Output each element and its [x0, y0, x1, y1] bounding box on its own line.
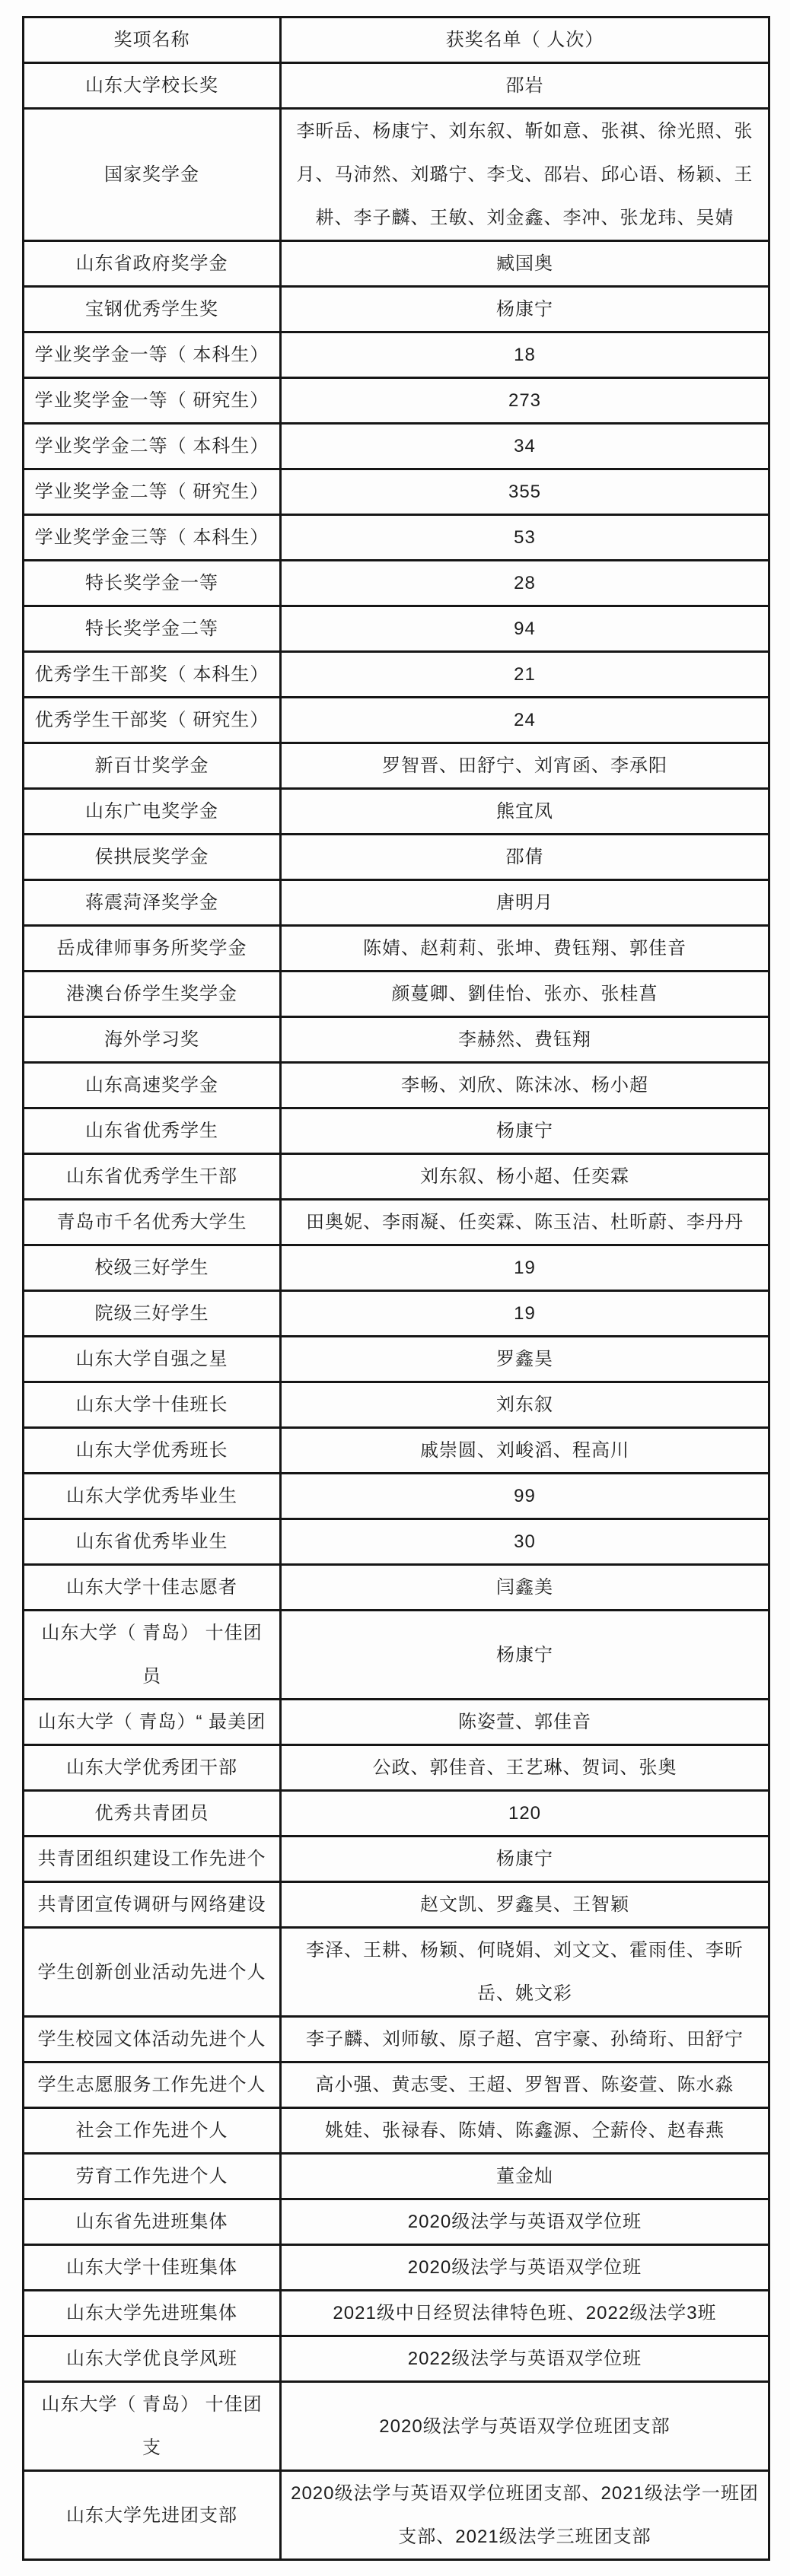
- award-name-cell: 共青团宣传调研与网络建设: [24, 1882, 281, 1928]
- winners-cell: 2021级中日经贸法律特色班、2022级法学3班: [281, 2291, 769, 2336]
- table-row: 特长奖学金二等 94: [24, 606, 769, 652]
- winners-cell: 杨康宁: [281, 1108, 769, 1154]
- winners-cell: 李赫然、费钰翔: [281, 1017, 769, 1063]
- table-row: 劳育工作先进个人 董金灿: [24, 2154, 769, 2199]
- table-row: 青岛市千名优秀大学生 田奥妮、李雨凝、任奕霖、陈玉洁、杜昕蔚、李丹丹: [24, 1200, 769, 1245]
- award-name-cell: 学生校园文体活动先进个人: [24, 2017, 281, 2062]
- award-name-cell: 山东省优秀毕业生: [24, 1519, 281, 1565]
- table-row: 特长奖学金一等 28: [24, 561, 769, 606]
- award-name-cell: 社会工作先进个人: [24, 2108, 281, 2154]
- winners-cell: 2020级法学与英语双学位班团支部、2021级法学一班团支部、2021级法学三班…: [281, 2471, 769, 2560]
- award-name-cell: 国家奖学金: [24, 109, 281, 241]
- table-row: 港澳台侨学生奖学金 颜蔓卿、劉佳怡、张亦、张桂菖: [24, 972, 769, 1017]
- award-name-cell: 蒋震菏泽奖学金: [24, 880, 281, 926]
- winners-cell: 臧国奥: [281, 241, 769, 287]
- table-row: 山东广电奖学金 熊宜凤: [24, 789, 769, 835]
- table-row: 海外学习奖 李赫然、费钰翔: [24, 1017, 769, 1063]
- winners-cell: 高小强、黄志雯、王超、罗智晋、陈姿萱、陈水淼: [281, 2062, 769, 2108]
- award-name-cell: 特长奖学金一等: [24, 561, 281, 606]
- table-row: 院级三好学生 19: [24, 1291, 769, 1337]
- table-row: 山东大学优秀团干部 公政、郭佳音、王艺琳、贺词、张奥: [24, 1745, 769, 1791]
- award-name-cell: 山东大学十佳班集体: [24, 2245, 281, 2291]
- winners-cell: 120: [281, 1791, 769, 1837]
- table-row: 学业奖学金一等（ 研究生） 273: [24, 378, 769, 424]
- winners-cell: 公政、郭佳音、王艺琳、贺词、张奥: [281, 1745, 769, 1791]
- winners-cell: 罗鑫昊: [281, 1337, 769, 1382]
- award-name-cell: 山东广电奖学金: [24, 789, 281, 835]
- table-row: 山东省优秀学生干部 刘东叙、杨小超、任奕霖: [24, 1154, 769, 1200]
- table-row: 山东大学优良学风班 2022级法学与英语双学位班: [24, 2336, 769, 2382]
- winners-cell: 28: [281, 561, 769, 606]
- winners-cell: 53: [281, 515, 769, 561]
- table-row: 山东省政府奖学金 臧国奥: [24, 241, 769, 287]
- award-name-cell: 山东大学（ 青岛） 十佳团员: [24, 1611, 281, 1700]
- award-name-cell: 特长奖学金二等: [24, 606, 281, 652]
- header-winners-list: 获奖名单（ 人次）: [281, 17, 769, 63]
- award-name-cell: 学生志愿服务工作先进个人: [24, 2062, 281, 2108]
- winners-cell: 19: [281, 1291, 769, 1337]
- table-row: 新百廿奖学金 罗智晋、田舒宁、刘宵函、李承阳: [24, 743, 769, 789]
- winners-cell: 杨康宁: [281, 1611, 769, 1700]
- award-name-cell: 山东高速奖学金: [24, 1063, 281, 1108]
- award-name-cell: 山东大学（ 青岛） 十佳团支: [24, 2382, 281, 2471]
- winners-cell: 18: [281, 332, 769, 378]
- winners-cell: 355: [281, 469, 769, 515]
- award-name-cell: 优秀学生干部奖（ 本科生）: [24, 652, 281, 698]
- winners-cell: 34: [281, 424, 769, 469]
- table-row: 山东大学（ 青岛） 十佳团员 杨康宁: [24, 1611, 769, 1700]
- winners-cell: 杨康宁: [281, 1837, 769, 1882]
- winners-cell: 刘东叙: [281, 1382, 769, 1428]
- table-row: 山东大学（ 青岛）“ 最美团 陈姿萱、郭佳音: [24, 1700, 769, 1745]
- winners-cell: 唐明月: [281, 880, 769, 926]
- award-name-cell: 校级三好学生: [24, 1245, 281, 1291]
- table-row: 山东大学十佳班集体 2020级法学与英语双学位班: [24, 2245, 769, 2291]
- table-row: 山东大学优秀毕业生 99: [24, 1474, 769, 1519]
- award-name-cell: 学生创新创业活动先进个人: [24, 1928, 281, 2017]
- header-award-name: 奖项名称: [24, 17, 281, 63]
- table-row: 优秀共青团员 120: [24, 1791, 769, 1837]
- winners-cell: 19: [281, 1245, 769, 1291]
- table-row: 共青团组织建设工作先进个 杨康宁: [24, 1837, 769, 1882]
- table-row: 山东高速奖学金 李畅、刘欣、陈沫冰、杨小超: [24, 1063, 769, 1108]
- winners-cell: 邵岩: [281, 63, 769, 109]
- table-row: 蒋震菏泽奖学金 唐明月: [24, 880, 769, 926]
- award-name-cell: 山东大学优秀班长: [24, 1428, 281, 1474]
- winners-cell: 273: [281, 378, 769, 424]
- table-row: 国家奖学金 李昕岳、杨康宁、刘东叙、靳如意、张祺、徐光照、张月、马沛然、刘璐宁、…: [24, 109, 769, 241]
- winners-cell: 99: [281, 1474, 769, 1519]
- winners-cell: 刘东叙、杨小超、任奕霖: [281, 1154, 769, 1200]
- award-name-cell: 宝钢优秀学生奖: [24, 287, 281, 332]
- award-name-cell: 山东大学优秀毕业生: [24, 1474, 281, 1519]
- table-row: 山东省先进班集体 2020级法学与英语双学位班: [24, 2199, 769, 2245]
- award-name-cell: 海外学习奖: [24, 1017, 281, 1063]
- winners-cell: 董金灿: [281, 2154, 769, 2199]
- award-name-cell: 青岛市千名优秀大学生: [24, 1200, 281, 1245]
- table-row: 山东大学先进班集体 2021级中日经贸法律特色班、2022级法学3班: [24, 2291, 769, 2336]
- award-name-cell: 山东大学优秀团干部: [24, 1745, 281, 1791]
- table-row: 岳成律师事务所奖学金 陈婧、赵莉莉、张坤、费钰翔、郭佳音: [24, 926, 769, 972]
- winners-cell: 2020级法学与英语双学位班团支部: [281, 2382, 769, 2471]
- awards-table: 奖项名称 获奖名单（ 人次） 山东大学校长奖 邵岩 国家奖学金 李昕岳、杨康宁、…: [22, 16, 770, 2561]
- award-name-cell: 山东大学自强之星: [24, 1337, 281, 1382]
- award-name-cell: 新百廿奖学金: [24, 743, 281, 789]
- document-page: 奖项名称 获奖名单（ 人次） 山东大学校长奖 邵岩 国家奖学金 李昕岳、杨康宁、…: [0, 0, 790, 2576]
- header-row: 奖项名称 获奖名单（ 人次）: [24, 17, 769, 63]
- winners-cell: 李昕岳、杨康宁、刘东叙、靳如意、张祺、徐光照、张月、马沛然、刘璐宁、李戈、邵岩、…: [281, 109, 769, 241]
- table-body: 山东大学校长奖 邵岩 国家奖学金 李昕岳、杨康宁、刘东叙、靳如意、张祺、徐光照、…: [24, 63, 769, 2560]
- table-row: 山东省优秀学生 杨康宁: [24, 1108, 769, 1154]
- table-row: 学业奖学金二等（ 本科生） 34: [24, 424, 769, 469]
- winners-cell: 田奥妮、李雨凝、任奕霖、陈玉洁、杜昕蔚、李丹丹: [281, 1200, 769, 1245]
- winners-cell: 李子麟、刘师敏、原子超、宫宇豪、孙绮珩、田舒宁: [281, 2017, 769, 2062]
- table-row: 学生校园文体活动先进个人 李子麟、刘师敏、原子超、宫宇豪、孙绮珩、田舒宁: [24, 2017, 769, 2062]
- table-row: 山东大学校长奖 邵岩: [24, 63, 769, 109]
- award-name-cell: 山东大学（ 青岛）“ 最美团: [24, 1700, 281, 1745]
- award-name-cell: 山东大学先进团支部: [24, 2471, 281, 2560]
- winners-cell: 李泽、王耕、杨颖、何晓娟、刘文文、霍雨佳、李昕岳、姚文彩: [281, 1928, 769, 2017]
- table-row: 侯拱辰奖学金 邵倩: [24, 835, 769, 880]
- table-row: 社会工作先进个人 姚娃、张禄春、陈婧、陈鑫源、仝薪伶、赵春燕: [24, 2108, 769, 2154]
- table-row: 宝钢优秀学生奖 杨康宁: [24, 287, 769, 332]
- table-header: 奖项名称 获奖名单（ 人次）: [24, 17, 769, 63]
- award-name-cell: 优秀共青团员: [24, 1791, 281, 1837]
- winners-cell: 杨康宁: [281, 287, 769, 332]
- table-row: 山东大学十佳班长 刘东叙: [24, 1382, 769, 1428]
- award-name-cell: 山东省先进班集体: [24, 2199, 281, 2245]
- winners-cell: 熊宜凤: [281, 789, 769, 835]
- winners-cell: 陈婧、赵莉莉、张坤、费钰翔、郭佳音: [281, 926, 769, 972]
- award-name-cell: 学业奖学金一等（ 本科生）: [24, 332, 281, 378]
- winners-cell: 闫鑫美: [281, 1565, 769, 1611]
- winners-cell: 戚崇圆、刘峻滔、程高川: [281, 1428, 769, 1474]
- award-name-cell: 山东省优秀学生干部: [24, 1154, 281, 1200]
- table-row: 优秀学生干部奖（ 本科生） 21: [24, 652, 769, 698]
- award-name-cell: 山东大学校长奖: [24, 63, 281, 109]
- award-name-cell: 学业奖学金三等（ 本科生）: [24, 515, 281, 561]
- award-name-cell: 山东大学十佳班长: [24, 1382, 281, 1428]
- table-row: 优秀学生干部奖（ 研究生） 24: [24, 698, 769, 743]
- winners-cell: 李畅、刘欣、陈沫冰、杨小超: [281, 1063, 769, 1108]
- award-name-cell: 优秀学生干部奖（ 研究生）: [24, 698, 281, 743]
- award-name-cell: 学业奖学金一等（ 研究生）: [24, 378, 281, 424]
- table-row: 山东大学先进团支部 2020级法学与英语双学位班团支部、2021级法学一班团支部…: [24, 2471, 769, 2560]
- winners-cell: 颜蔓卿、劉佳怡、张亦、张桂菖: [281, 972, 769, 1017]
- award-name-cell: 学业奖学金二等（ 本科生）: [24, 424, 281, 469]
- winners-cell: 姚娃、张禄春、陈婧、陈鑫源、仝薪伶、赵春燕: [281, 2108, 769, 2154]
- winners-cell: 21: [281, 652, 769, 698]
- award-name-cell: 侯拱辰奖学金: [24, 835, 281, 880]
- winners-cell: 赵文凯、罗鑫昊、王智颖: [281, 1882, 769, 1928]
- winners-cell: 2022级法学与英语双学位班: [281, 2336, 769, 2382]
- award-name-cell: 山东大学优良学风班: [24, 2336, 281, 2382]
- award-name-cell: 院级三好学生: [24, 1291, 281, 1337]
- table-row: 学生创新创业活动先进个人 李泽、王耕、杨颖、何晓娟、刘文文、霍雨佳、李昕岳、姚文…: [24, 1928, 769, 2017]
- table-row: 山东大学自强之星 罗鑫昊: [24, 1337, 769, 1382]
- winners-cell: 2020级法学与英语双学位班: [281, 2245, 769, 2291]
- table-row: 山东大学（ 青岛） 十佳团支 2020级法学与英语双学位班团支部: [24, 2382, 769, 2471]
- award-name-cell: 共青团组织建设工作先进个: [24, 1837, 281, 1882]
- award-name-cell: 山东省优秀学生: [24, 1108, 281, 1154]
- award-name-cell: 岳成律师事务所奖学金: [24, 926, 281, 972]
- award-name-cell: 劳育工作先进个人: [24, 2154, 281, 2199]
- winners-cell: 30: [281, 1519, 769, 1565]
- winners-cell: 邵倩: [281, 835, 769, 880]
- winners-cell: 罗智晋、田舒宁、刘宵函、李承阳: [281, 743, 769, 789]
- award-name-cell: 山东大学先进班集体: [24, 2291, 281, 2336]
- winners-cell: 2020级法学与英语双学位班: [281, 2199, 769, 2245]
- winners-cell: 24: [281, 698, 769, 743]
- table-row: 山东大学优秀班长 戚崇圆、刘峻滔、程高川: [24, 1428, 769, 1474]
- winners-cell: 陈姿萱、郭佳音: [281, 1700, 769, 1745]
- award-name-cell: 山东大学十佳志愿者: [24, 1565, 281, 1611]
- table-row: 山东省优秀毕业生 30: [24, 1519, 769, 1565]
- award-name-cell: 学业奖学金二等（ 研究生）: [24, 469, 281, 515]
- table-row: 山东大学十佳志愿者 闫鑫美: [24, 1565, 769, 1611]
- table-row: 学业奖学金三等（ 本科生） 53: [24, 515, 769, 561]
- table-row: 校级三好学生 19: [24, 1245, 769, 1291]
- award-name-cell: 山东省政府奖学金: [24, 241, 281, 287]
- award-name-cell: 港澳台侨学生奖学金: [24, 972, 281, 1017]
- table-row: 共青团宣传调研与网络建设 赵文凯、罗鑫昊、王智颖: [24, 1882, 769, 1928]
- winners-cell: 94: [281, 606, 769, 652]
- table-row: 学生志愿服务工作先进个人 高小强、黄志雯、王超、罗智晋、陈姿萱、陈水淼: [24, 2062, 769, 2108]
- table-row: 学业奖学金二等（ 研究生） 355: [24, 469, 769, 515]
- table-row: 学业奖学金一等（ 本科生） 18: [24, 332, 769, 378]
